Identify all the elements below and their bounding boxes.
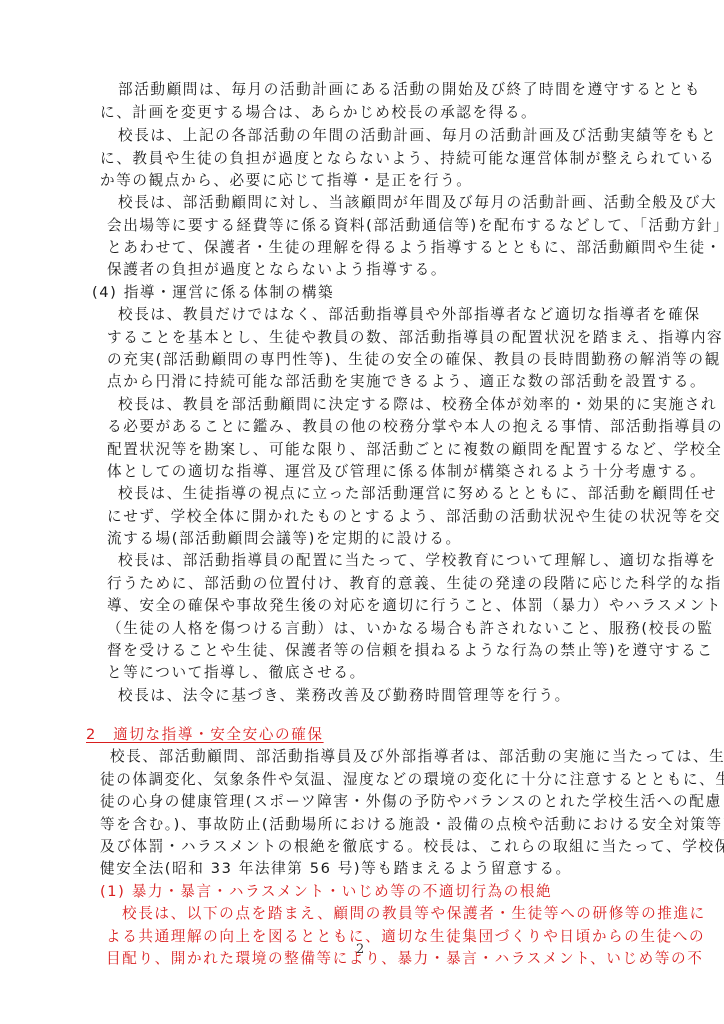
text-line: 校長、部活動顧問、部活動指導員及び外部指導者は、部活動の実施に当たっては、生	[110, 746, 724, 768]
text-line: とあわせて、保護者・生徒の理解を得るよう指導するとともに、部活動顧問や生徒・	[107, 237, 722, 259]
text-line: る必要があることに鑑み、教員の他の校務分掌や本人の抱える事情、部活動指導員の	[107, 416, 723, 438]
text-line: の充実(部活動顧問の専門性等)、生徒の安全の確保、教員の長時間勤務の解消等の観	[107, 349, 721, 371]
text-line: 校長は、生徒指導の視点に立った部活動運営に努めるとともに、部活動を顧問任せ	[118, 483, 717, 505]
text-line: 体としての適切な指導、運営及び管理に係る体制が構築されるよう十分考慮する。	[107, 461, 706, 483]
text-line: 会出場等に要する経費等に係る資料(部活動通信等)を配布するなどして、「活動方針」	[107, 215, 724, 237]
text-line: 配置状況等を勘案し、可能な限り、部活動ごとに複数の顧問を配置するなど、学校全	[107, 439, 722, 461]
text-line: 導、安全の確保や事故発生後の対応を適切に行うこと、体罰（暴力）やハラスメント	[107, 595, 722, 617]
section-heading: 2 適切な指導・安全安心の確保	[86, 724, 324, 746]
text-line: 校長は、教員を部活動顧問に決定する際は、校務全体が効率的・効果的に実施され	[118, 394, 717, 416]
text-line: 校長は、教員だけではなく、部活動指導員や外部指導者など適切な指導者を確保	[118, 304, 701, 326]
text-line: 部活動顧問は、毎月の活動計画にある活動の開始及び終了時間を遵守するととも	[118, 79, 701, 101]
document-page: 部活動顧問は、毎月の活動計画にある活動の開始及び終了時間を遵守するとともに、計画…	[0, 0, 724, 1024]
text-line: 督を受けることや生徒、保護者等の信頼を損ねるような行為の禁止等)を遵守するこ	[107, 640, 713, 662]
text-line: 校長は、法令に基づき、業務改善及び勤務時間管理等を行う。	[118, 685, 571, 707]
text-line: (1) 暴力・暴言・ハラスメント・いじめ等の不適切行為の根絶	[100, 881, 552, 903]
text-line: 校長は、以下の点を踏まえ、顧問の教員等や保護者・生徒等への研修等の推進に	[122, 903, 706, 925]
page-number: 2	[356, 942, 364, 957]
text-line: することを基本とし、生徒や教員の数、部活動指導員の配置状況を踏まえ、指導内容	[107, 327, 723, 349]
text-line: よる共通理解の向上を図るとともに、適切な生徒集団づくりや日頃からの生徒への	[106, 926, 705, 948]
text-line: 等を含む。)、事故防止(活動場所における施設・設備の点検や活動における安全対策等…	[100, 814, 724, 836]
text-line: 行うために、部活動の位置付け、教育的意義、生徒の発達の段階に応じた科学的な指	[107, 573, 722, 595]
text-line: か等の観点から、必要に応じて指導・是正を行う。	[100, 170, 472, 192]
text-line: 校長は、部活動指導員の配置に当たって、学校教育について理解し、適切な指導を	[118, 550, 717, 572]
text-line: 流する場(部活動顧問会議等)を定期的に設ける。	[107, 528, 462, 550]
text-line: 保護者の負担が過度とならないよう指導する。	[107, 259, 447, 281]
text-line: 校長は、上記の各部活動の年間の活動計画、毎月の活動計画及び活動実績等をもと	[118, 125, 717, 147]
text-line: 徒の心身の健康管理(スポーツ障害・外傷の予防やバランスのとれた学校生活への配慮	[100, 791, 722, 813]
text-line: にせず、学校全体に開かれたものとするよう、部活動の活動状況や生徒の状況等を交	[107, 506, 721, 528]
text-line: に、計画を変更する場合は、あらかじめ校長の承認を得る。	[100, 102, 537, 124]
text-line: に、教員や生徒の負担が過度とならないよう、持続可能な運営体制が整えられている	[100, 148, 715, 170]
text-line: 点から円滑に持続可能な部活動を実施できるよう、適正な数の部活動を設置する。	[107, 371, 706, 393]
text-line: 徒の体調変化、気象条件や気温、湿度などの環境の変化に十分に注意するとともに、生	[100, 769, 724, 791]
text-line: 健安全法(昭和 33 年法律第 56 号)等も踏まえるよう留意する。	[100, 858, 572, 880]
text-line: と等について指導し、徹底させる。	[107, 662, 366, 684]
text-line: 目配り、開かれた環境の整備等により、暴力・暴言・ハラスメント、いじめ等の不	[106, 948, 703, 970]
text-line: 及び体罰・ハラスメントの根絶を徹底する。校長は、これらの取組に当たって、学校保	[100, 836, 724, 858]
text-line: （生徒の人格を傷つける言動）は、いかなる場合も許されないこと、服務(校長の監	[107, 618, 713, 640]
text-line: (4) 指導・運営に係る体制の構築	[92, 282, 334, 304]
text-line: 校長は、部活動顧問に対し、当該顧問が年間及び毎月の活動計画、活動全般及び大	[118, 192, 717, 214]
